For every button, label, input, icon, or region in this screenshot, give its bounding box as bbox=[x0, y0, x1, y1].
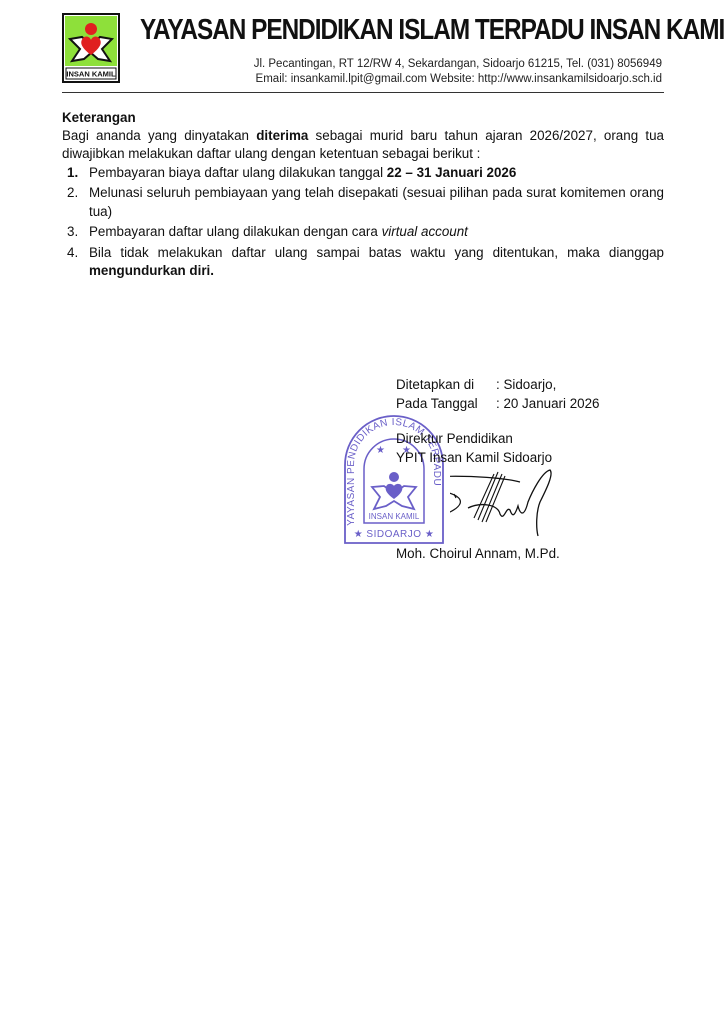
item-number: 1. bbox=[67, 164, 78, 182]
signature-block: Ditetapkan di: Sidoarjo, Pada Tanggal: 2… bbox=[396, 376, 599, 564]
item-date-range: 22 – 31 Januari 2026 bbox=[387, 165, 517, 180]
intro-paragraph: Bagi ananda yang dinyatakan diterima seb… bbox=[62, 127, 664, 163]
list-item: 3.Pembayaran daftar ulang dilakukan deng… bbox=[62, 223, 664, 241]
organization-address: Jl. Pecantingan, RT 12/RW 4, Sekardangan… bbox=[140, 58, 662, 70]
logo-label: INSAN KAMIL bbox=[66, 70, 116, 79]
item-payment-method: virtual account bbox=[382, 224, 468, 239]
item-text: Pembayaran daftar ulang dilakukan dengan… bbox=[89, 224, 382, 239]
item-number: 3. bbox=[67, 223, 78, 241]
date-value: : 20 Januari 2026 bbox=[496, 395, 599, 414]
organization-title: YAYASAN PENDIDIKAN ISLAM TERPADU INSAN K… bbox=[140, 14, 578, 47]
section-heading: Keterangan bbox=[62, 109, 664, 127]
item-text: Bila tidak melakukan daftar ulang sampai… bbox=[89, 245, 664, 260]
letter-body: Keterangan Bagi ananda yang dinyatakan d… bbox=[62, 109, 664, 283]
organization-logo: INSAN KAMIL bbox=[62, 13, 120, 83]
signer-role: Direktur Pendidikan bbox=[396, 430, 599, 449]
signer-name: Moh. Choirul Annam, M.Pd. bbox=[396, 545, 599, 564]
list-item: 4.Bila tidak melakukan daftar ulang samp… bbox=[62, 244, 664, 280]
item-consequence: mengundurkan diri. bbox=[89, 263, 214, 278]
item-text: Melunasi seluruh pembiayaan yang telah d… bbox=[89, 185, 664, 218]
requirements-list: 1.Pembayaran biaya daftar ulang dilakuka… bbox=[62, 164, 664, 281]
item-number: 2. bbox=[67, 184, 78, 202]
place-label: Ditetapkan di bbox=[396, 376, 496, 395]
place-row: Ditetapkan di: Sidoarjo, bbox=[396, 376, 599, 395]
item-text: Pembayaran biaya daftar ulang dilakukan … bbox=[89, 165, 387, 180]
list-item: 1.Pembayaran biaya daftar ulang dilakuka… bbox=[62, 164, 664, 182]
header-divider bbox=[62, 92, 664, 93]
signer-institution: YPIT Insan Kamil Sidoarjo bbox=[396, 449, 599, 468]
organization-contact: Email: insankamil.lpit@gmail.com Website… bbox=[140, 73, 662, 85]
intro-text: Bagi ananda yang dinyatakan bbox=[62, 128, 256, 143]
place-value: : Sidoarjo, bbox=[496, 376, 556, 395]
intro-emphasis: diterima bbox=[256, 128, 308, 143]
list-item: 2.Melunasi seluruh pembiayaan yang telah… bbox=[62, 184, 664, 220]
item-number: 4. bbox=[67, 244, 78, 262]
date-label: Pada Tanggal bbox=[396, 395, 496, 414]
date-row: Pada Tanggal: 20 Januari 2026 bbox=[396, 395, 599, 414]
svg-text:★: ★ bbox=[376, 445, 385, 456]
